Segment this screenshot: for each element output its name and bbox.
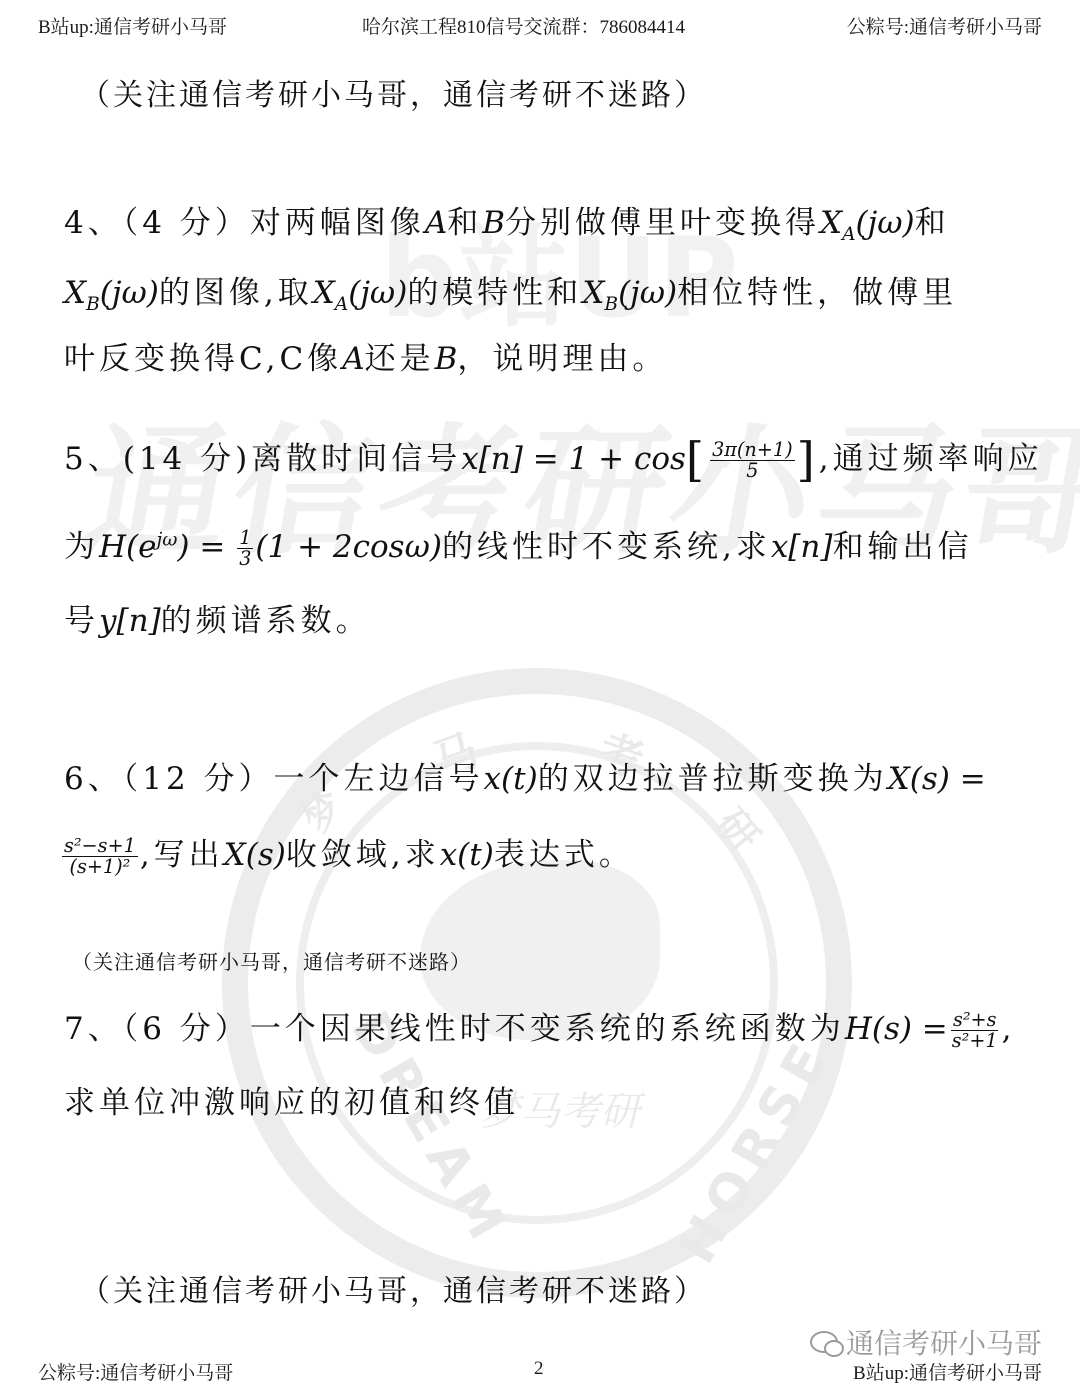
question-4-line-2: XB(jω)的图像,取XA(jω)的模特性和XB(jω)相位特性，做傅里 [64,278,957,315]
header-bilibili-account: B站up:通信考研小马哥 [38,12,227,39]
question-score: （4 分） [123,205,250,241]
question-5-line-1: 5、(14 分)离散时间信号x[n] = 1 + cos[3π(n+1)5],通… [64,440,1043,481]
question-5-line-3: 号y[n]的频谱系数。 [64,606,371,637]
page-number: 2 [534,1358,544,1380]
follow-banner-middle: （关注通信考研小马哥，通信考研不迷路） [72,946,471,975]
header-group-info: 哈尔滨工程810信号交流群：786084414 [362,12,685,39]
question-number: 4、 [64,205,123,241]
wechat-watermark: 通信考研小马哥 [810,1322,1042,1362]
wechat-icon [810,1331,838,1353]
question-6-line-2: s²−s+1(s+1)²,写出X(s)收敛域,求x(t)表达式。 [64,836,634,877]
follow-banner-bottom: （关注通信考研小马哥，通信考研不迷路） [80,1266,707,1310]
question-6-line-1: 6、（12 分）一个左边信号x(t)的双边拉普拉斯变换为X(s) = [64,764,986,795]
question-7-line-2: 求单位冲激响应的初值和终值 [64,1088,519,1119]
footer-bilibili-account: B站up:通信考研小马哥 [853,1358,1042,1385]
question-5-line-2: 为H(ejω) = 13(1 + 2cosω)的线性时不变系统,求x[n]和输出… [64,528,972,569]
follow-banner-top: （关注通信考研小马哥，通信考研不迷路） [80,70,707,114]
question-4-line-1: 4、（4 分）对两幅图像A和B分别做傅里叶变换得XA(jω)和 [64,208,950,245]
question-7-line-1: 7、（6 分）一个因果线性时不变系统的系统函数为H(s) =s²+ss²+1, [64,1010,1016,1051]
footer-wechat-account: 公粽号:通信考研小马哥 [38,1358,233,1385]
question-4-line-3: 叶反变换得C,C像A还是B，说明理由。 [64,344,667,375]
header-wechat-account: 公粽号:通信考研小马哥 [847,12,1042,39]
